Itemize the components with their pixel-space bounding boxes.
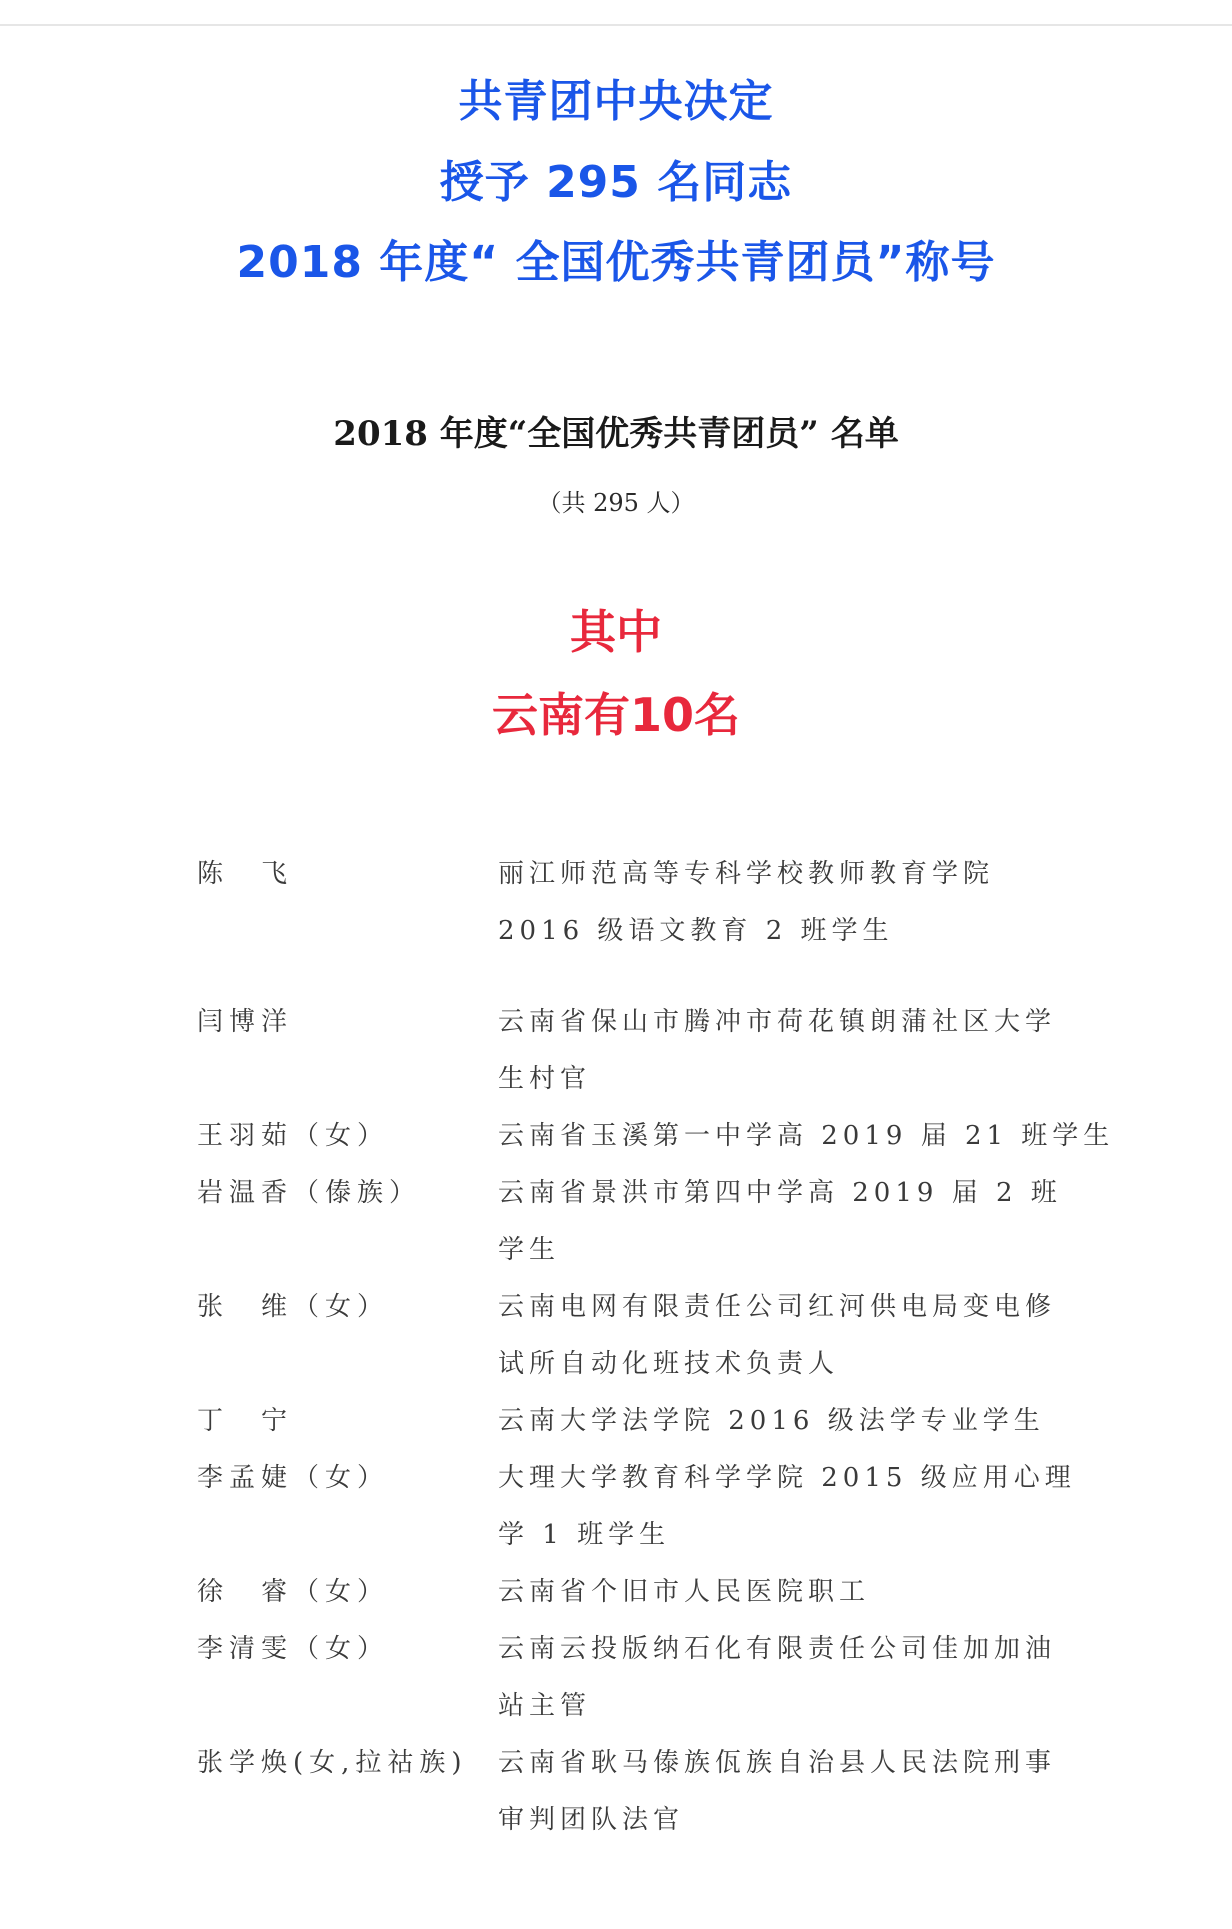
top-divider bbox=[0, 24, 1232, 26]
honoree-desc: 云南省景洪市第四中学高 2019 届 2 班 学生 bbox=[498, 1165, 1046, 1279]
header-line-2: 授予 295 名同志 bbox=[0, 156, 1232, 210]
desc-line: 学生 bbox=[498, 1222, 1046, 1279]
honoree-name: 徐 睿（女） bbox=[197, 1564, 497, 1621]
honoree-desc: 云南省个旧市人民医院职工 bbox=[498, 1564, 1046, 1621]
highlight-line-2: 云南有10名 bbox=[0, 687, 1232, 743]
list-item: 李孟婕（女） 大理大学教育科学学院 2015 级应用心理 学 1 班学生 bbox=[0, 1450, 1232, 1564]
honoree-desc: 丽江师范高等专科学校教师教育学院 2016 级语文教育 2 班学生 bbox=[498, 846, 1046, 960]
desc-line: 学 1 班学生 bbox=[498, 1507, 1046, 1564]
honoree-name: 岩温香（傣族） bbox=[197, 1165, 497, 1222]
desc-line: 云南云投版纳石化有限责任公司佳加加油 bbox=[498, 1621, 1046, 1678]
honoree-desc: 云南云投版纳石化有限责任公司佳加加油 站主管 bbox=[498, 1621, 1046, 1735]
honoree-desc: 云南电网有限责任公司红河供电局变电修 试所自动化班技术负责人 bbox=[498, 1279, 1046, 1393]
desc-line: 2016 级语文教育 2 班学生 bbox=[498, 903, 1046, 960]
desc-line: 云南大学法学院 2016 级法学专业学生 bbox=[498, 1393, 1046, 1450]
honoree-name: 王羽茹（女） bbox=[197, 1108, 497, 1165]
honoree-desc: 云南省耿马傣族佤族自治县人民法院刑事 审判团队法官 bbox=[498, 1735, 1046, 1849]
desc-line: 云南省保山市腾冲市荷花镇朗蒲社区大学 bbox=[498, 994, 1046, 1051]
desc-line: 云南省个旧市人民医院职工 bbox=[498, 1564, 1046, 1621]
honoree-desc: 大理大学教育科学学院 2015 级应用心理 学 1 班学生 bbox=[498, 1450, 1046, 1564]
list-item: 李清雯（女） 云南云投版纳石化有限责任公司佳加加油 站主管 bbox=[0, 1621, 1232, 1735]
highlight-line-1: 其中 bbox=[0, 604, 1232, 660]
honoree-name: 张 维（女） bbox=[197, 1279, 497, 1336]
document-title: 2018 年度“全国优秀共青团员” 名单 bbox=[0, 412, 1232, 456]
list-item: 陈 飞 丽江师范高等专科学校教师教育学院 2016 级语文教育 2 班学生 bbox=[0, 846, 1232, 960]
desc-line: 大理大学教育科学学院 2015 级应用心理 bbox=[498, 1450, 1046, 1507]
list-item: 徐 睿（女） 云南省个旧市人民医院职工 bbox=[0, 1564, 1232, 1621]
desc-line: 云南省玉溪第一中学高 2019 届 21 班学生 bbox=[498, 1108, 1046, 1165]
list-item: 闫博洋 云南省保山市腾冲市荷花镇朗蒲社区大学 生村官 bbox=[0, 994, 1232, 1108]
desc-line: 云南省景洪市第四中学高 2019 届 2 班 bbox=[498, 1165, 1046, 1222]
honoree-name: 丁 宁 bbox=[197, 1393, 497, 1450]
desc-line: 生村官 bbox=[498, 1051, 1046, 1108]
desc-line: 站主管 bbox=[498, 1678, 1046, 1735]
list-item: 丁 宁 云南大学法学院 2016 级法学专业学生 bbox=[0, 1393, 1232, 1450]
list-item: 岩温香（傣族） 云南省景洪市第四中学高 2019 届 2 班 学生 bbox=[0, 1165, 1232, 1279]
honoree-desc: 云南省玉溪第一中学高 2019 届 21 班学生 bbox=[498, 1108, 1046, 1165]
honoree-name: 陈 飞 bbox=[197, 846, 497, 903]
list-item: 王羽茹（女） 云南省玉溪第一中学高 2019 届 21 班学生 bbox=[0, 1108, 1232, 1165]
list-item: 张 维（女） 云南电网有限责任公司红河供电局变电修 试所自动化班技术负责人 bbox=[0, 1279, 1232, 1393]
desc-line: 试所自动化班技术负责人 bbox=[498, 1336, 1046, 1393]
desc-line: 云南省耿马傣族佤族自治县人民法院刑事 bbox=[498, 1735, 1046, 1792]
list-item: 张学焕(女,拉祜族) 云南省耿马傣族佤族自治县人民法院刑事 审判团队法官 bbox=[0, 1735, 1232, 1849]
desc-line: 审判团队法官 bbox=[498, 1792, 1046, 1849]
header-line-1: 共青团中央决定 bbox=[0, 75, 1232, 129]
document-subtitle: （共 295 人） bbox=[0, 487, 1232, 519]
honoree-name: 张学焕(女,拉祜族) bbox=[197, 1735, 497, 1792]
honoree-name: 李清雯（女） bbox=[197, 1621, 497, 1678]
honoree-name: 闫博洋 bbox=[197, 994, 497, 1051]
honoree-list: 陈 飞 丽江师范高等专科学校教师教育学院 2016 级语文教育 2 班学生 闫博… bbox=[0, 846, 1232, 1849]
honoree-desc: 云南大学法学院 2016 级法学专业学生 bbox=[498, 1393, 1046, 1450]
header-line-3: 2018 年度“ 全国优秀共青团员”称号 bbox=[0, 236, 1232, 290]
honoree-name: 李孟婕（女） bbox=[197, 1450, 497, 1507]
desc-line: 丽江师范高等专科学校教师教育学院 bbox=[498, 846, 1046, 903]
honoree-desc: 云南省保山市腾冲市荷花镇朗蒲社区大学 生村官 bbox=[498, 994, 1046, 1108]
desc-line: 云南电网有限责任公司红河供电局变电修 bbox=[498, 1279, 1046, 1336]
